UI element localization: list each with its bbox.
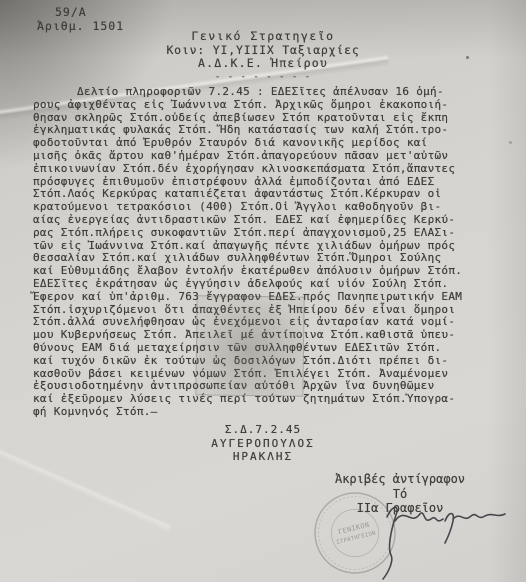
scanned-document-photo: 59/Α Ἀριθμ. 1501 Γενικό Στρατηγεῖο Κοιν:… (0, 0, 526, 582)
typed-line: ρους ἀφιχθέντας εἰς Ἰωάννινα Στόπ. Ἀρχικ… (33, 99, 503, 112)
typed-line: Δελτίο πληροφοριῶν 7.2.45 : ΕΔΕΣῖτες ἀπέ… (33, 86, 503, 99)
signatory-firstname: ΗΡΑΚΛΗΣ (0, 450, 526, 464)
recipients-line: Κοιν: ΥΙ,ΥΙΙΙΧ Ταξιαρχίες (0, 44, 526, 58)
typed-line: καί ἐξεῦρομεν λύσεις τινές περί τούτων ζ… (33, 393, 503, 406)
typed-line: ρας Στόπ.πλήρεις συκοφαντιῶν Στόπ.περί ἀ… (33, 227, 503, 240)
typed-line: μισῆς ὀκᾶς ἄρτου καθ'ἡμέραν Στόπ.ἀπαγορε… (33, 150, 503, 163)
signatory-surname: ΑΥΓΕΡΟΠΟΥΛΟΣ (0, 437, 526, 451)
file-reference: 59/Α (55, 5, 87, 19)
closing-block: Σ.Δ.7.2.45 ΑΥΓΕΡΟΠΟΥΛΟΣ ΗΡΑΚΛΗΣ (0, 423, 526, 464)
station-date: Σ.Δ.7.2.45 (0, 423, 526, 437)
typed-line: ἐπικοινωνίαν Στόπ.δέν ἐχορήγησαν κλινοσκ… (33, 163, 503, 176)
ink-speck (466, 56, 469, 59)
typed-line: θύνους ΕΑΜ διά μεταχείρησιν τῶν συλληφθέ… (33, 342, 503, 355)
typed-line: ΕΔΕΣῖτες ἐκράτησαν ὡς ἐγγύησιν ἀδελφούς … (33, 278, 503, 291)
ink-speck (509, 141, 512, 144)
typed-line: φή Κομνηνός Στόπ.— (33, 406, 503, 419)
district-line: Α.Δ.Κ.Ε. Ἠπείρου (0, 57, 526, 71)
document-body: Δελτίο πληροφοριῶν 7.2.45 : ΕΔΕΣῖτες ἀπέ… (33, 86, 503, 419)
issuing-authority: Γενικό Στρατηγεῖο (0, 30, 526, 44)
handwritten-signature (365, 495, 515, 582)
typed-line: Ἔφερον καί ὑπ'ἀριθμ. 763 ἔγγραφον ΕΔΕΣ.π… (33, 291, 503, 304)
typed-line: καί τυχόν δικῶν ἐκ τούτων ὡς δοσιλόγων Σ… (33, 355, 503, 368)
typed-line: αίας ἐνεργείας ἀντιδραστικῶν Στόπ. ΕΔΕΣ … (33, 214, 503, 227)
document-header: Γενικό Στρατηγεῖο Κοιν: ΥΙ,ΥΙΙΙΧ Ταξιαρχ… (0, 30, 526, 84)
header-divider: - - - - - - - - (0, 71, 526, 85)
